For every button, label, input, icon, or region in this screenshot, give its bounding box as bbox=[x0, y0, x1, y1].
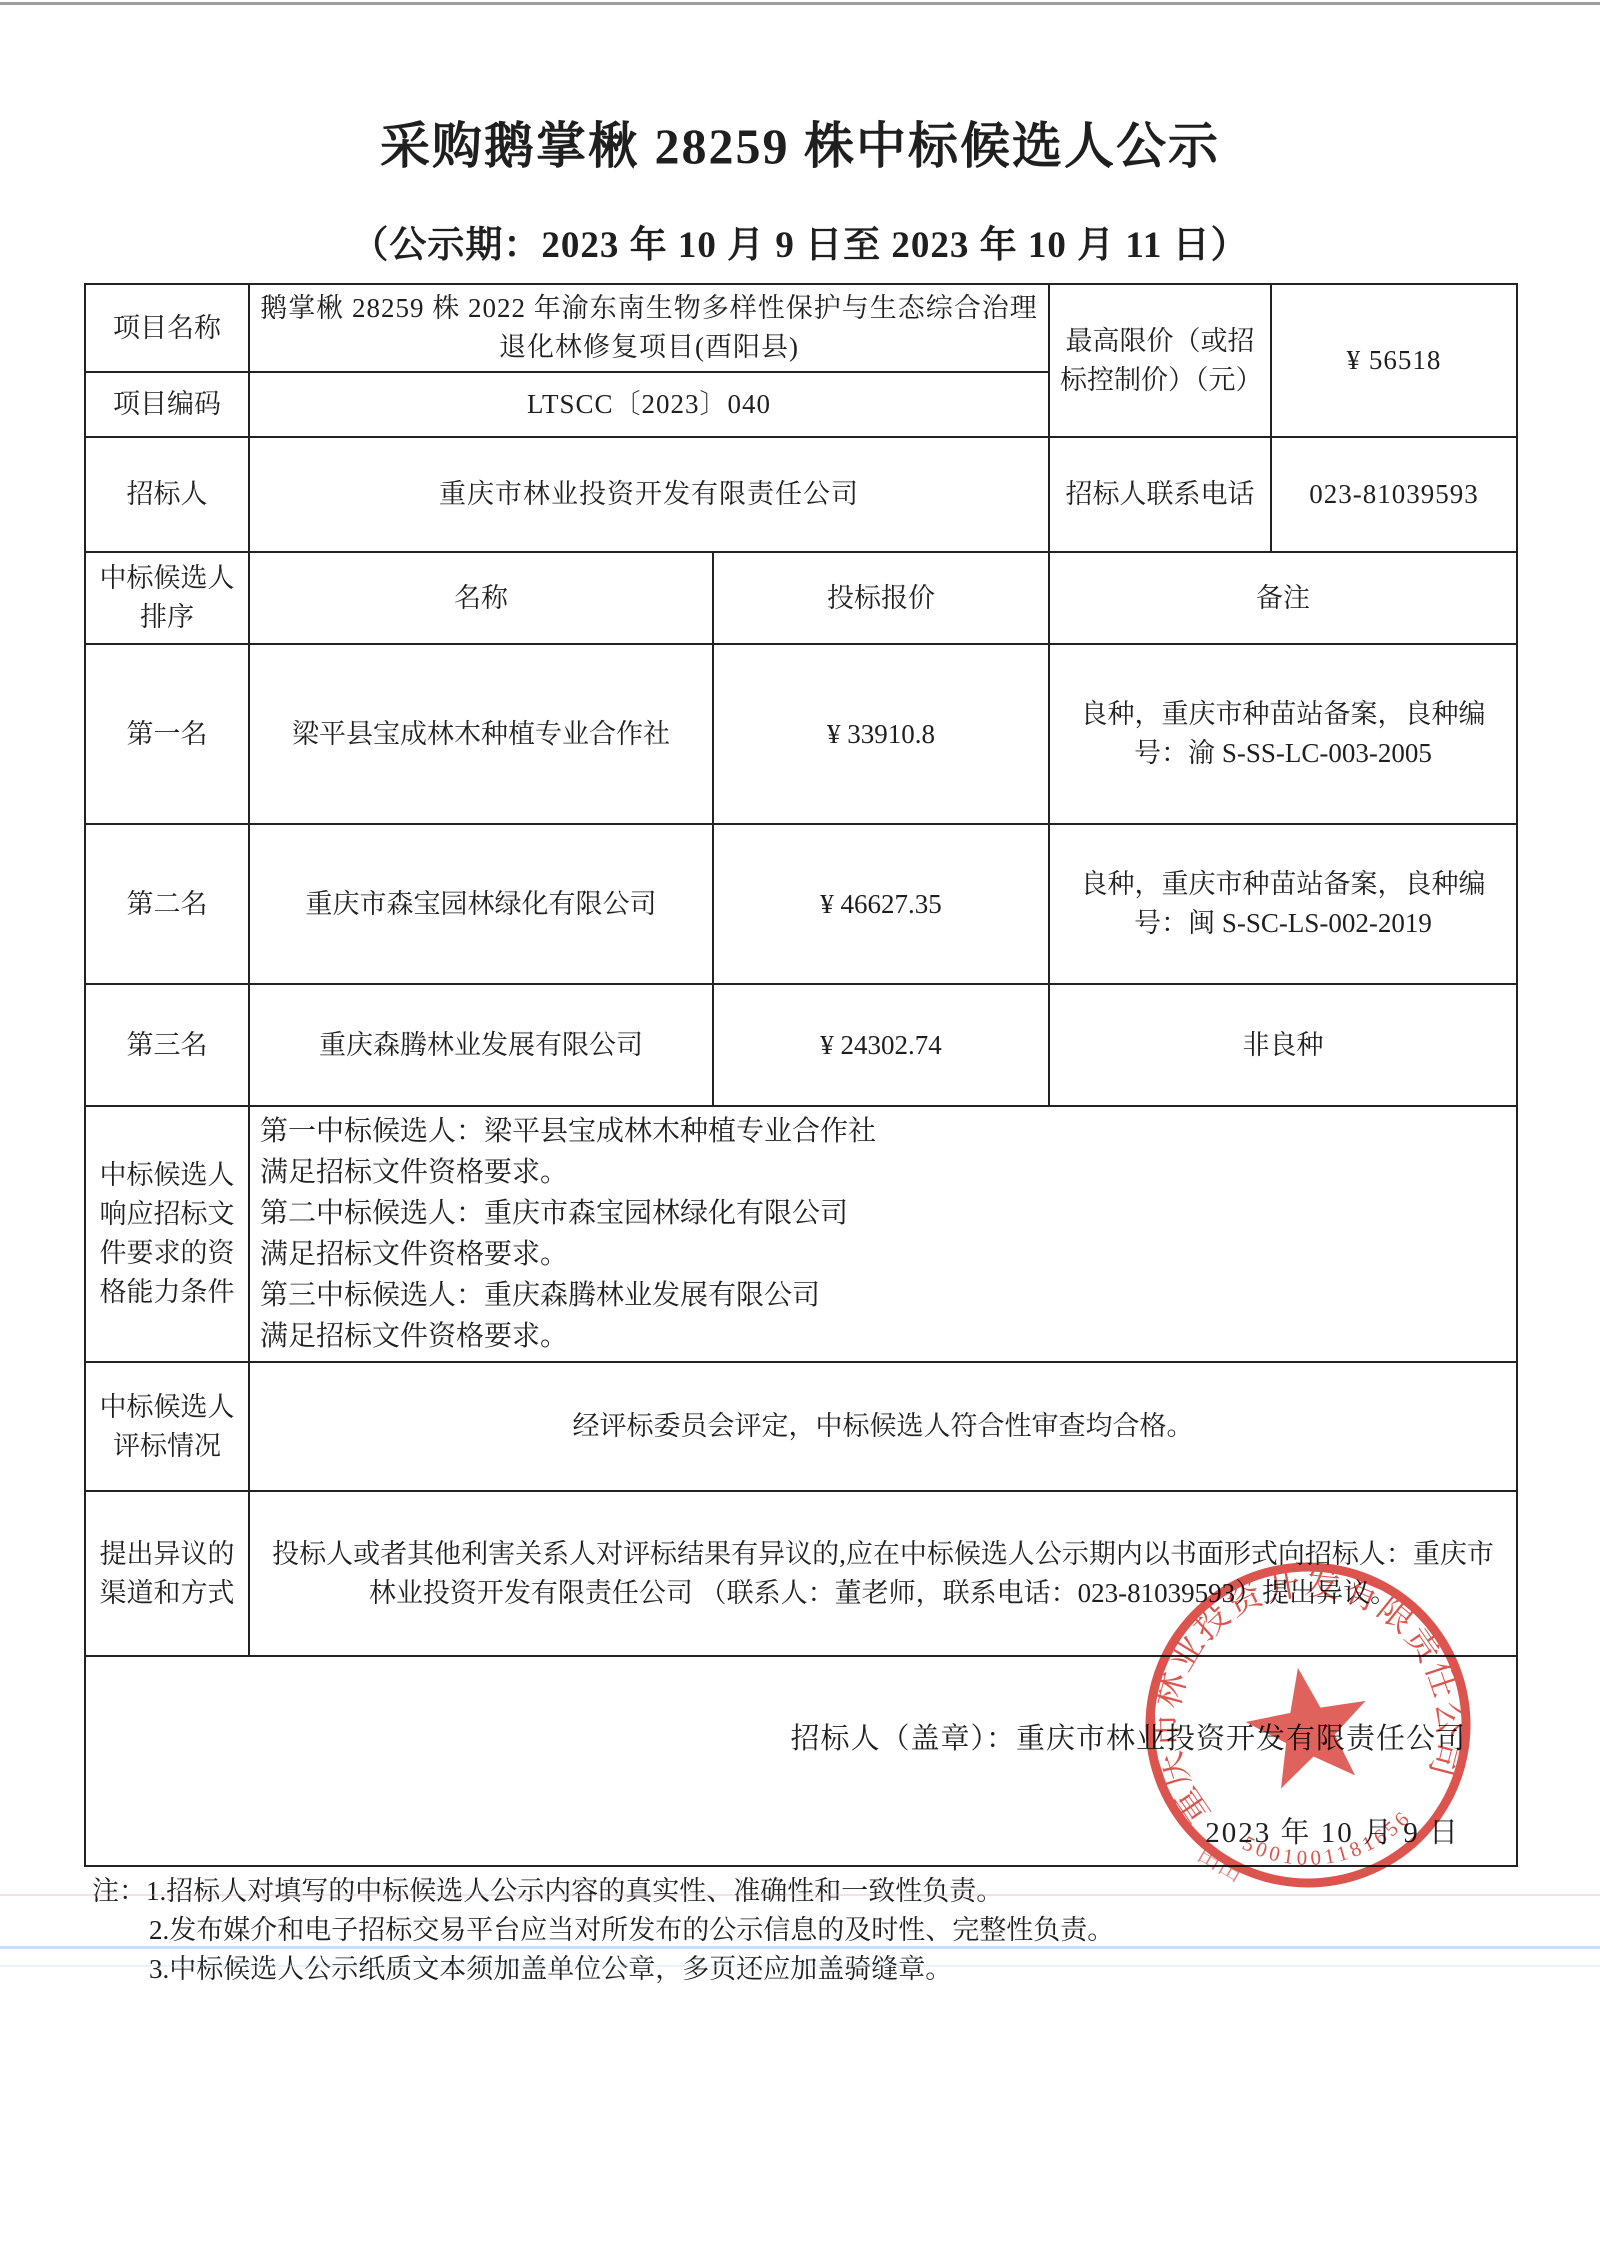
candidate-1-price: ¥ 33910.8 bbox=[713, 644, 1049, 824]
tenderer-value: 重庆市林业投资开发有限责任公司 bbox=[249, 437, 1049, 552]
page-subtitle: （公示期：2023 年 10 月 9 日至 2023 年 10 月 11 日） bbox=[0, 214, 1600, 268]
candidate-row-2: 第二名 重庆市森宝园林绿化有限公司 ¥ 46627.35 良种，重庆市种苗站备案… bbox=[85, 824, 1517, 984]
qualification-line: 满足招标文件资格要求。 bbox=[260, 1234, 1506, 1275]
candidate-1-rank: 第一名 bbox=[85, 644, 249, 824]
notice-table: 项目名称 鹅掌楸 28259 株 2022 年渝东南生物多样性保护与生态综合治理… bbox=[84, 283, 1518, 1867]
tenderer-phone-label: 招标人联系电话 bbox=[1049, 437, 1271, 552]
row-tenderer: 招标人 重庆市林业投资开发有限责任公司 招标人联系电话 023-81039593 bbox=[85, 437, 1517, 552]
footnote-line-3: 3.中标候选人公示纸质文本须加盖单位公章，多页还应加盖骑缝章。 bbox=[92, 1950, 1572, 1989]
header-rank: 中标候选人排序 bbox=[85, 552, 249, 644]
footnotes: 注：1.招标人对填写的中标候选人公示内容的真实性、准确性和一致性负责。 2.发布… bbox=[92, 1872, 1572, 1989]
row-qualification: 中标候选人响应招标文件要求的资格能力条件 第一中标候选人：梁平县宝成林木种植专业… bbox=[85, 1106, 1517, 1362]
scan-artifact-top-line bbox=[0, 2, 1600, 5]
objection-label: 提出异议的渠道和方式 bbox=[85, 1491, 249, 1656]
candidate-1-name: 梁平县宝成林木种植专业合作社 bbox=[249, 644, 713, 824]
document-page: 采购鹅掌楸 28259 株中标候选人公示 （公示期：2023 年 10 月 9 … bbox=[0, 0, 1600, 2263]
candidate-1-remark: 良种，重庆市种苗站备案，良种编号：渝 S-SS-LC-003-2005 bbox=[1049, 644, 1517, 824]
candidates-header-row: 中标候选人排序 名称 投标报价 备注 bbox=[85, 552, 1517, 644]
candidate-3-rank: 第三名 bbox=[85, 984, 249, 1106]
header-price: 投标报价 bbox=[713, 552, 1049, 644]
page-title: 采购鹅掌楸 28259 株中标候选人公示 bbox=[0, 106, 1600, 178]
footnote-line-2: 2.发布媒介和电子招标交易平台应当对所发布的公示信息的及时性、完整性负责。 bbox=[92, 1911, 1572, 1950]
candidate-3-name: 重庆森腾林业发展有限公司 bbox=[249, 984, 713, 1106]
row-signature: 招标人（盖章）：重庆市林业投资开发有限责任公司 2023 年 10 月 9 日 bbox=[85, 1656, 1517, 1866]
tenderer-label: 招标人 bbox=[85, 437, 249, 552]
signature-cell: 招标人（盖章）：重庆市林业投资开发有限责任公司 2023 年 10 月 9 日 bbox=[85, 1656, 1517, 1866]
footnote-line-1: 注：1.招标人对填写的中标候选人公示内容的真实性、准确性和一致性负责。 bbox=[92, 1872, 1572, 1911]
candidate-2-remark: 良种，重庆市种苗站备案，良种编号：闽 S-SC-LS-002-2019 bbox=[1049, 824, 1517, 984]
header-name: 名称 bbox=[249, 552, 713, 644]
row-objection: 提出异议的渠道和方式 投标人或者其他利害关系人对评标结果有异议的,应在中标候选人… bbox=[85, 1491, 1517, 1656]
max-price-value: ¥ 56518 bbox=[1271, 284, 1517, 437]
qualification-line: 第三中标候选人：重庆森腾林业发展有限公司 bbox=[260, 1275, 1506, 1316]
row-evaluation: 中标候选人评标情况 经评标委员会评定，中标候选人符合性审查均合格。 bbox=[85, 1362, 1517, 1491]
qualification-line: 第二中标候选人：重庆市森宝园林绿化有限公司 bbox=[260, 1193, 1506, 1234]
project-name-value: 鹅掌楸 28259 株 2022 年渝东南生物多样性保护与生态综合治理退化林修复… bbox=[249, 284, 1049, 372]
tenderer-phone-value: 023-81039593 bbox=[1271, 437, 1517, 552]
max-price-label: 最高限价（或招标控制价）（元） bbox=[1049, 284, 1271, 437]
evaluation-label: 中标候选人评标情况 bbox=[85, 1362, 249, 1491]
header-remark: 备注 bbox=[1049, 552, 1517, 644]
footnote-prefix: 注： bbox=[92, 1876, 146, 1906]
signature-date: 2023 年 10 月 9 日 bbox=[96, 1812, 1506, 1854]
candidate-row-3: 第三名 重庆森腾林业发展有限公司 ¥ 24302.74 非良种 bbox=[85, 984, 1517, 1106]
qualification-line: 第一中标候选人：梁平县宝成林木种植专业合作社 bbox=[260, 1111, 1506, 1152]
signature-line: 招标人（盖章）：重庆市林业投资开发有限责任公司 bbox=[96, 1718, 1506, 1760]
candidate-row-1: 第一名 梁平县宝成林木种植专业合作社 ¥ 33910.8 良种，重庆市种苗站备案… bbox=[85, 644, 1517, 824]
row-project-name: 项目名称 鹅掌楸 28259 株 2022 年渝东南生物多样性保护与生态综合治理… bbox=[85, 284, 1517, 372]
footnote-1-text: 1.招标人对填写的中标候选人公示内容的真实性、准确性和一致性负责。 bbox=[146, 1876, 1003, 1906]
qualification-content: 第一中标候选人：梁平县宝成林木种植专业合作社 满足招标文件资格要求。 第二中标候… bbox=[249, 1106, 1517, 1362]
notice-table-wrap: 项目名称 鹅掌楸 28259 株 2022 年渝东南生物多样性保护与生态综合治理… bbox=[84, 283, 1518, 1867]
candidate-2-name: 重庆市森宝园林绿化有限公司 bbox=[249, 824, 713, 984]
qualification-label: 中标候选人响应招标文件要求的资格能力条件 bbox=[85, 1106, 249, 1362]
qualification-line: 满足招标文件资格要求。 bbox=[260, 1316, 1506, 1357]
qualification-line: 满足招标文件资格要求。 bbox=[260, 1152, 1506, 1193]
candidate-3-remark: 非良种 bbox=[1049, 984, 1517, 1106]
evaluation-content: 经评标委员会评定，中标候选人符合性审查均合格。 bbox=[249, 1362, 1517, 1491]
project-code-value: LTSCC〔2023〕040 bbox=[249, 372, 1049, 437]
objection-content: 投标人或者其他利害关系人对评标结果有异议的,应在中标候选人公示期内以书面形式向招… bbox=[249, 1491, 1517, 1656]
candidate-2-price: ¥ 46627.35 bbox=[713, 824, 1049, 984]
candidate-3-price: ¥ 24302.74 bbox=[713, 984, 1049, 1106]
candidate-2-rank: 第二名 bbox=[85, 824, 249, 984]
project-name-label: 项目名称 bbox=[85, 284, 249, 372]
project-code-label: 项目编码 bbox=[85, 372, 249, 437]
